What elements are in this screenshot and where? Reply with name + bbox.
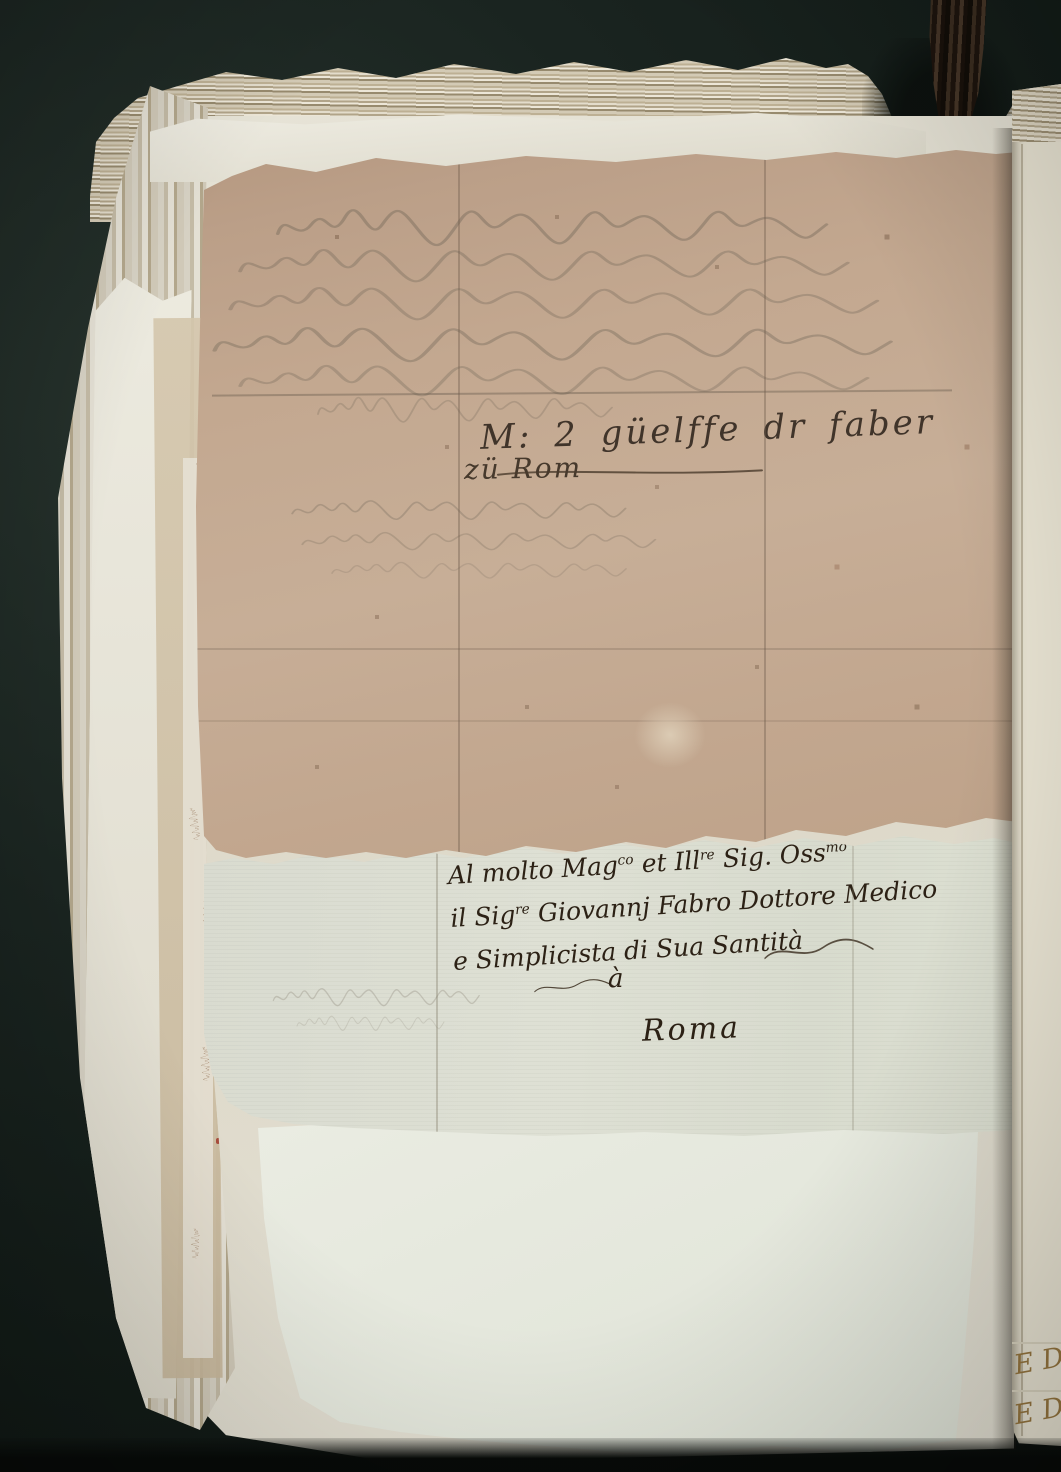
bleedthrough-script-line [274,208,834,248]
brown-wrapper-sheet: M: 2 güelffe dr faber zü Rom [196,146,1018,860]
bottom-white-sheet [250,1118,982,1462]
pale-stain [634,702,706,768]
facing-page-top-edges [1012,84,1061,142]
bleedthrough-script-line [226,286,886,322]
fold-crease [196,648,1018,650]
address-city: Roma [641,1010,741,1048]
pen-flourish [764,940,874,962]
edge-initials-top: E D [1012,1342,1061,1381]
fold-crease [764,146,766,860]
address-sheet: Al molto Magco et Illre Sig. Ossmo il Si… [204,834,1012,1138]
fold-crease [436,834,438,1138]
address-preposition: à [608,964,624,994]
facing-page-crease [1021,144,1023,1436]
facing-page-edge: E D E D [1012,84,1061,1446]
fold-crease [458,146,460,860]
fold-crease [852,834,854,1138]
table-shadow [0,1438,1061,1472]
archival-letter-photo: Al molto Magco et Illre Sig. Ossmo il Si… [0,0,1061,1472]
sheet-edge-line [1012,1390,1061,1392]
edge-initials-bottom: E D [1012,1392,1061,1431]
bleedthrough-script-line [290,498,630,524]
pen-flourish [534,980,614,994]
edge-ink-mark [190,1229,201,1259]
bleedthrough-script-line [300,530,660,554]
bleedthrough-script-line [272,986,482,1010]
bleedthrough-script-line [236,248,856,284]
bleedthrough-script-line [296,1014,446,1034]
fold-crease [196,720,1018,722]
annotation-underline [496,466,766,480]
bleedthrough-script-line [330,560,630,582]
bleedthrough-script-line [210,326,900,364]
